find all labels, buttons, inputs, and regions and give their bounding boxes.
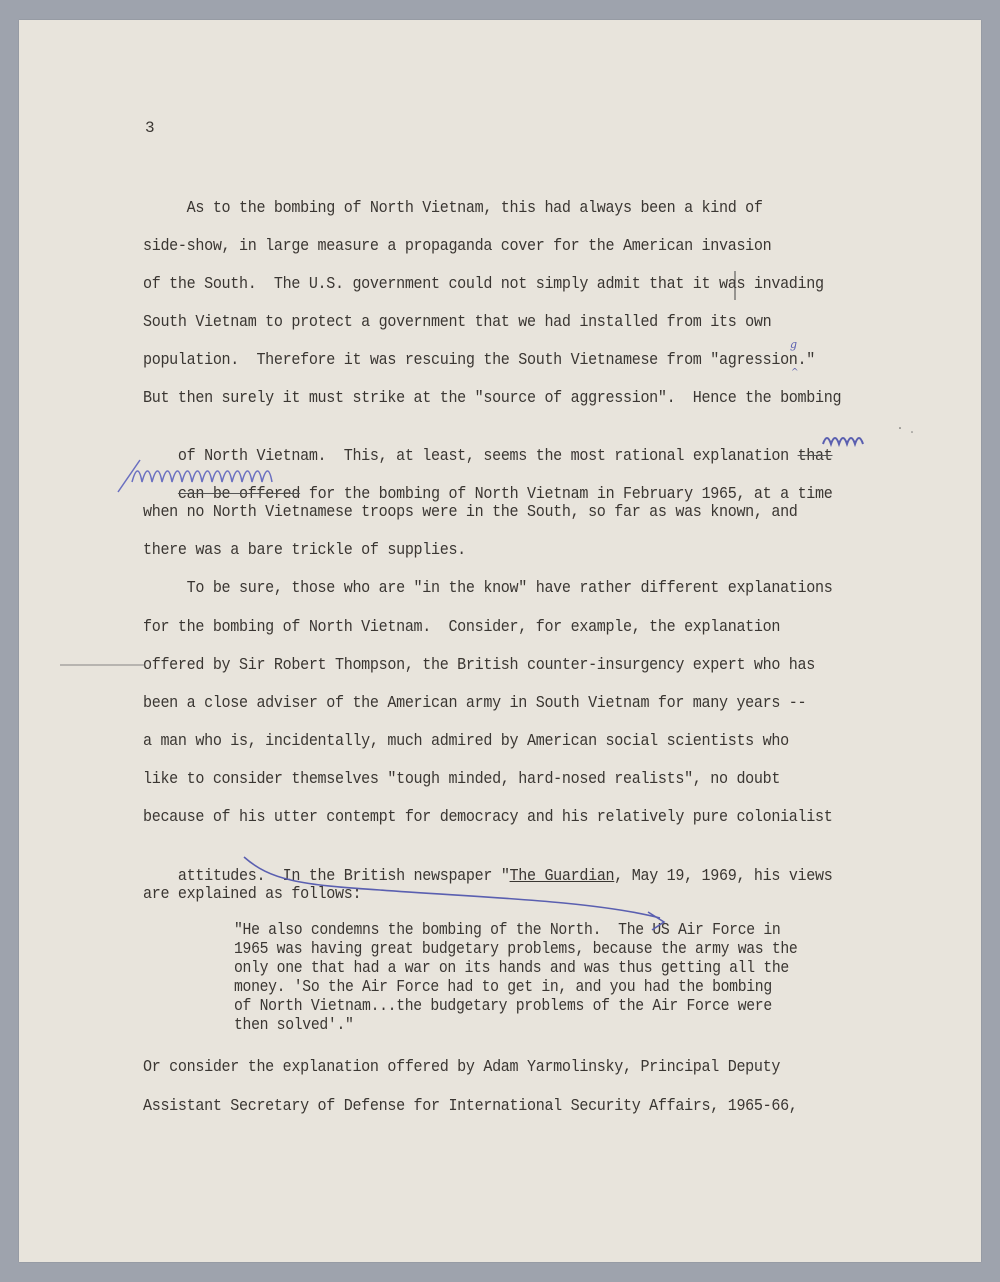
quote-line: "He also condemns the bombing of the Nor…: [234, 920, 780, 939]
text-line: for the bombing of North Vietnam. Consid…: [143, 617, 780, 637]
text-line: To be sure, those who are "in the know" …: [143, 578, 832, 598]
newspaper-title: The Guardian: [510, 866, 615, 885]
quote-line: then solved'.": [234, 1015, 354, 1034]
quote-line: of North Vietnam...the budgetary problem…: [234, 996, 772, 1015]
text-line: side-show, in large measure a propaganda…: [143, 236, 771, 256]
text-line: population. Therefore it was rescuing th…: [143, 350, 815, 370]
text-line: But then surely it must strike at the "s…: [143, 388, 841, 408]
text-line: because of his utter contempt for democr…: [143, 807, 832, 827]
quote-line: money. 'So the Air Force had to get in, …: [234, 977, 772, 996]
text-line: South Vietnam to protect a government th…: [143, 312, 771, 332]
text-line: like to consider themselves "tough minde…: [143, 769, 780, 789]
handwritten-correction: g: [790, 338, 797, 351]
struck-text: that: [798, 446, 833, 465]
text-segment: , May 19, 1969, his views: [614, 866, 832, 885]
page-number: 3: [145, 119, 154, 137]
insert-caret-icon: ^: [791, 368, 799, 378]
text-line: there was a bare trickle of supplies.: [143, 540, 466, 560]
text-line: Or consider the explanation offered by A…: [143, 1057, 780, 1077]
quote-line: 1965 was having great budgetary problems…: [234, 939, 797, 958]
struck-text: can be offered: [178, 484, 300, 503]
text-segment: attitudes. In the British newspaper ": [178, 866, 510, 885]
text-line: are explained as follows:: [143, 884, 361, 904]
text-line: when no North Vietnamese troops were in …: [143, 502, 798, 522]
document-page: 3 As to the bombing of North Vietnam, th…: [19, 20, 981, 1262]
text-line: Assistant Secretary of Defense for Inter…: [143, 1096, 798, 1116]
text-line: As to the bombing of North Vietnam, this…: [143, 198, 763, 218]
text-line: of the South. The U.S. government could …: [143, 274, 824, 294]
text-line: a man who is, incidentally, much admired…: [143, 731, 789, 751]
text-segment: for the bombing of North Vietnam in Febr…: [309, 484, 833, 503]
quote-line: only one that had a war on its hands and…: [234, 958, 789, 977]
text-segment: of North Vietnam. This, at least, seems …: [178, 446, 789, 465]
text-line: offered by Sir Robert Thompson, the Brit…: [143, 655, 815, 675]
text-line: been a close adviser of the American arm…: [143, 693, 806, 713]
